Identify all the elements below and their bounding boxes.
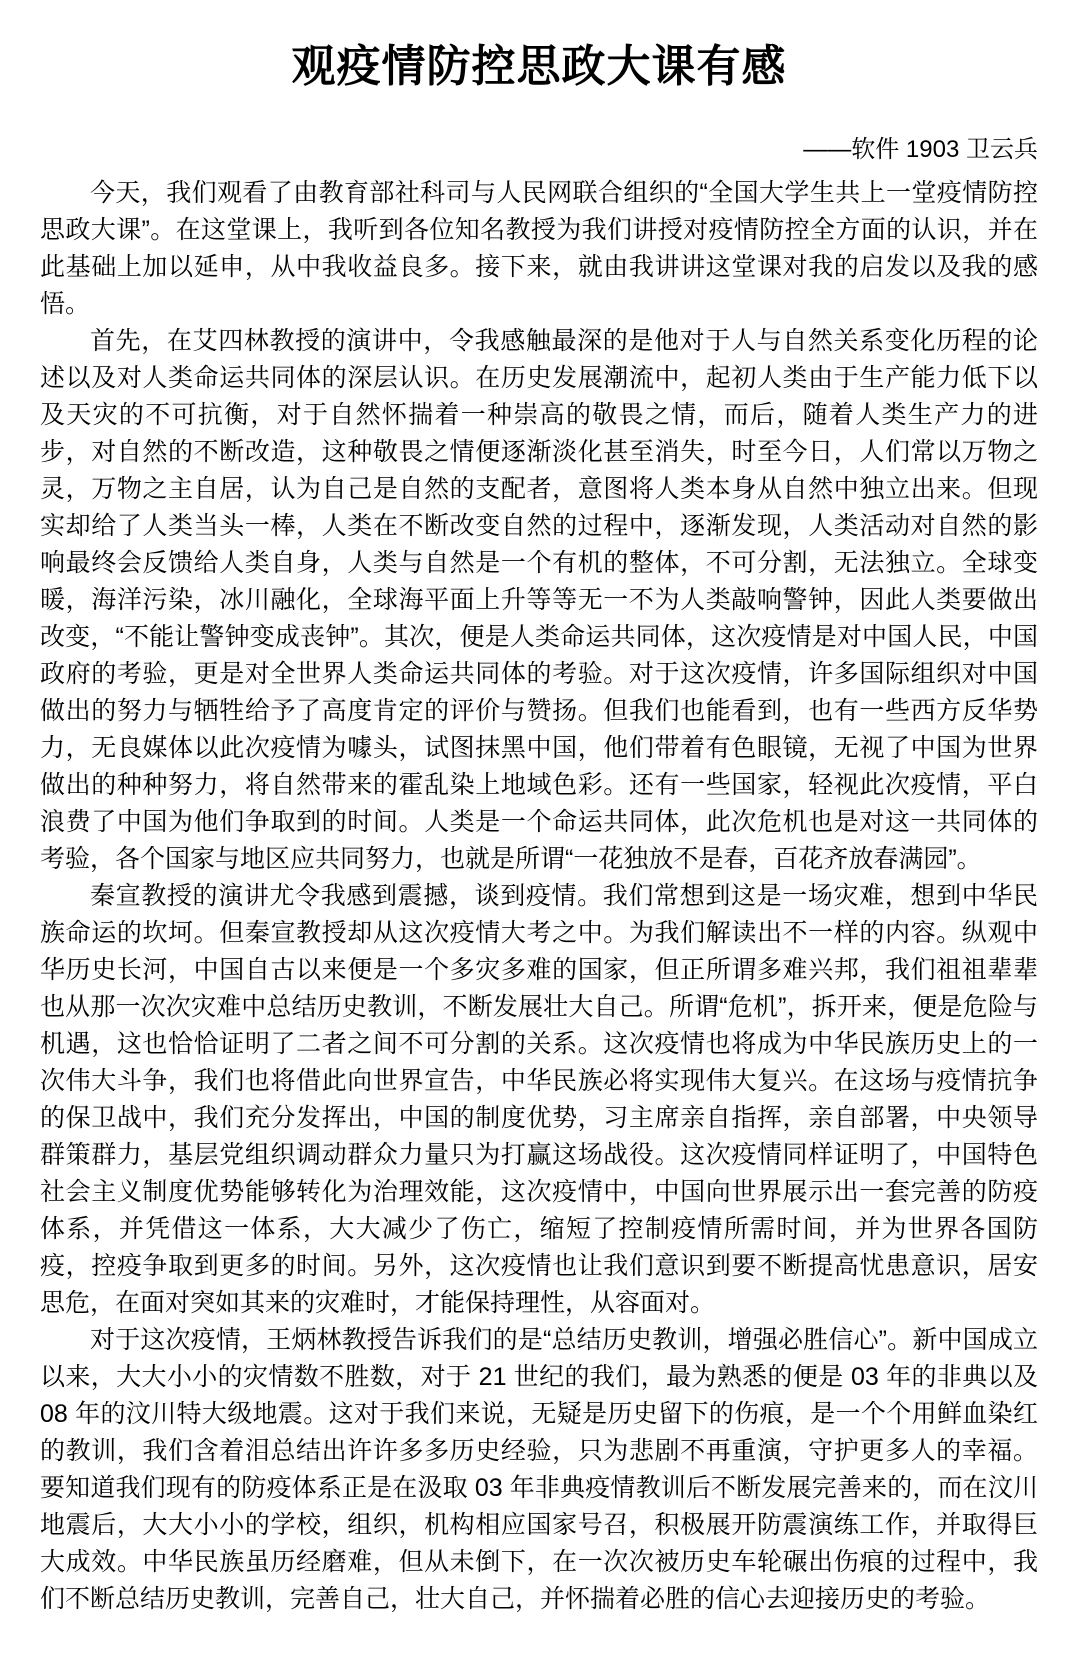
paragraph-professor-qin-xuan: 秦宣教授的演讲尤令我感到震撼，谈到疫情。我们常想到这是一场灾难，想到中华民族命运… bbox=[40, 878, 1038, 1322]
byline: ——软件 1903 卫云兵 bbox=[40, 135, 1038, 165]
paragraph-professor-wang-binglin: 对于这次疫情，王炳林教授告诉我们的是“总结历史教训，增强必胜信心”。新中国成立以… bbox=[40, 1322, 1038, 1618]
page-title: 观疫情防控思政大课有感 bbox=[40, 42, 1038, 93]
paragraph-intro: 今天，我们观看了由教育部社科司与人民网联合组织的“全国大学生共上一堂疫情防控思政… bbox=[40, 175, 1038, 323]
paragraph-professor-ai-silin: 首先，在艾四林教授的演讲中，令我感触最深的是他对于人与自然关系变化历程的论述以及… bbox=[40, 323, 1038, 878]
document-body: 今天，我们观看了由教育部社科司与人民网联合组织的“全国大学生共上一堂疫情防控思政… bbox=[40, 175, 1038, 1618]
document-page: 观疫情防控思政大课有感 ——软件 1903 卫云兵 今天，我们观看了由教育部社科… bbox=[0, 0, 1080, 1661]
